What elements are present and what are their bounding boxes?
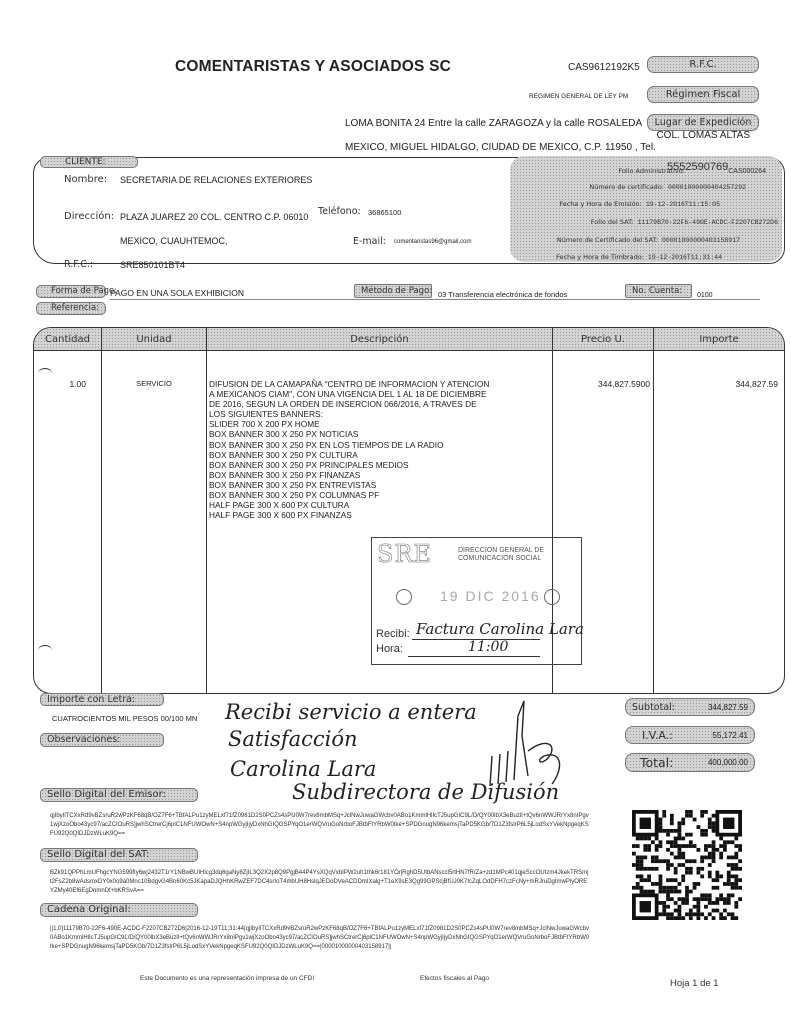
issuer-rfc-label: R.F.C. xyxy=(647,56,759,73)
subtotal-box: Subtotal: 344,827.59 xyxy=(625,698,755,716)
subtotal-label: Subtotal: xyxy=(632,702,675,713)
original-chain-label: Cadena Original: xyxy=(40,903,198,917)
signature-icon xyxy=(478,696,568,792)
sat-seal: BZk91QPPhLmUFhgcYNG599fIy6wj2432T1rY1NBw… xyxy=(50,869,590,896)
cert-number: 00001000000404257292 xyxy=(668,184,746,191)
description-line: DIFUSION DE LA CAMAPAÑA "CENTRO DE INFOR… xyxy=(209,379,549,389)
payment-form: PAGO EN UNA SOLA EXHIBICION xyxy=(110,288,244,298)
cert-number-label: Número de certificado: xyxy=(589,183,664,191)
payment-form-label: Forma de Pago: xyxy=(36,285,106,298)
item-unit: SERVICIO xyxy=(102,379,206,388)
stamp-dept-line2: COMUNICACION SOCIAL xyxy=(458,555,544,563)
description-line: HALF PAGE 300 X 600 PX CULTURA xyxy=(209,500,549,510)
issuer-address-line2: COL. LOMAS ALTAS xyxy=(550,130,750,141)
item-unit-price: 344,827.5900 xyxy=(553,379,650,389)
stamp-logo: SRE xyxy=(377,540,432,568)
observations-label: Observaciones: xyxy=(40,733,164,747)
invoice-metadata-box: Folio Administrativo: 5552590769CAS00026… xyxy=(510,156,782,262)
iva-label: I.V.A.: xyxy=(632,729,673,742)
item-description: DIFUSION DE LA CAMAPAÑA "CENTRO DE INFOR… xyxy=(209,379,549,520)
emission-label: Fecha y Hora de Emisión: xyxy=(559,200,642,208)
col-header-unit: Unidad xyxy=(102,328,206,351)
col-header-quantity: Cantidad xyxy=(34,328,101,351)
footer-tax-effects: Efectos fiscales al Pago xyxy=(420,975,489,982)
sat-folio-label: Folio del SAT: xyxy=(591,218,634,226)
stamp-received-label: Recibi: xyxy=(376,628,410,640)
client-section-label: CLIENTE: xyxy=(40,156,138,168)
client-email[interactable]: comentaristas96@gmail.com xyxy=(394,239,471,245)
description-line: HALF PAGE 300 X 600 PX FINANZAS xyxy=(209,510,549,520)
emitter-seal-label: Sello Digital del Emisor: xyxy=(40,788,198,802)
issuer-rfc-value: CAS9612192K5 xyxy=(568,62,640,73)
description-line: BOX BANNER 300 X 250 PX PRINCIPALES MEDI… xyxy=(209,460,549,470)
sat-cert-label: Número de Certificado del SAT: xyxy=(557,236,658,244)
payment-method-label: Método de Pago: xyxy=(354,284,432,298)
handwritten-note-line3: Carolina Lara xyxy=(230,757,376,781)
description-line: A MEXICANOS CIAM", CON UNA VIGENCIA DEL … xyxy=(209,389,549,399)
client-rfc: SRE850101BT4 xyxy=(120,260,185,270)
original-chain: ||1.0|11179B70-22F6-490E-ACDC-F2207CB272… xyxy=(50,925,590,952)
handwritten-note-line2: Satisfacción xyxy=(228,727,358,751)
stamp-date: 19 DIC 2016 xyxy=(440,588,541,604)
total-value: 400,000.00 xyxy=(708,758,748,767)
issuer-regime-label: Régimen Fiscal xyxy=(647,86,759,103)
client-address-label: Dirección: xyxy=(64,211,114,222)
stamp-department: DIRECCION GENERAL DE COMUNICACION SOCIAL xyxy=(458,547,544,563)
col-header-description: Descripción xyxy=(207,328,552,351)
client-name-label: Nombre: xyxy=(64,174,107,185)
item-amount: 344,827.59 xyxy=(654,379,778,389)
sat-cert: 00001000000403158917 xyxy=(662,237,740,244)
amount-in-words-label: Importe con Letra: xyxy=(40,693,164,706)
client-email-label: E-mail: xyxy=(353,236,386,247)
client-address-line1: PLAZA JUAREZ 20 COL. CENTRO C.P. 06010 xyxy=(120,212,308,222)
reception-stamp: SRE DIRECCION GENERAL DE COMUNICACION SO… xyxy=(371,537,582,665)
qr-code-icon xyxy=(632,810,742,920)
sat-seal-label: Sello Digital del SAT: xyxy=(40,848,198,862)
footer-page-number: Hoja 1 de 1 xyxy=(670,978,719,989)
account-number: 0100 xyxy=(697,292,713,299)
description-line: SLIDER 700 X 200 PX HOME xyxy=(209,419,549,429)
stamp-dept-line1: DIRECCION GENERAL DE xyxy=(458,547,544,555)
emission-date: 19-12-2016T11:15:05 xyxy=(646,201,720,208)
folio-admin-suffix: CAS000264 xyxy=(728,168,766,175)
footer-disclaimer: Este Documento es una representación imp… xyxy=(140,975,314,982)
iva-value: 55,172.41 xyxy=(712,731,748,740)
description-line: BOX BANNER 300 X 250 PX NOTICIAS xyxy=(209,429,549,439)
description-line: DE 2016, SEGUN LA ORDEN DE INSERCION 066… xyxy=(209,399,549,409)
payment-divider xyxy=(110,299,760,300)
client-name: SECRETARIA DE RELACIONES EXTERIORES xyxy=(120,175,312,185)
description-line: BOX BANNER 300 X 250 PX COLUMNAS PF xyxy=(209,490,549,500)
folio-admin-value: 5552590769 xyxy=(667,161,728,173)
client-rfc-label: R.F.C.: xyxy=(64,259,93,270)
payment-method: 03 Transferencia electrónica de fondos xyxy=(438,290,567,299)
stamp-date: 19-12-2016T11:31:44 xyxy=(648,254,722,261)
description-line: BOX BANNER 300 X 250 PX FINANZAS xyxy=(209,470,549,480)
description-line: LOS SIGUIENTES BANNERS: xyxy=(209,409,549,419)
stamp-time-handwritten: 11:00 xyxy=(468,639,508,655)
handwritten-note-line1: Recibi servicio a entera xyxy=(225,700,477,724)
issuer-address-line3: MEXICO, MIGUEL HIDALGO, CIUDAD DE MEXICO… xyxy=(345,142,656,153)
total-box: Total: 400,000.00 xyxy=(625,753,755,772)
col-header-amount: Importe xyxy=(654,328,784,351)
stamp-received-handwritten: Factura Carolina Lara xyxy=(416,620,584,638)
iva-box: I.V.A.: 55,172.41 xyxy=(625,726,755,744)
client-phone-label: Teléfono: xyxy=(318,206,361,217)
sat-folio: 11179B70-22F6-490E-ACDC-F2207CB272D6 xyxy=(638,219,778,226)
stamp-seal-icon xyxy=(396,589,412,605)
issuer-name: COMENTARISTAS Y ASOCIADOS SC xyxy=(175,58,451,76)
emitter-seal: qjIbyIlTCXxRd9vBZsruR2wPzKF68qB/OZ7F6+TB… xyxy=(50,812,590,839)
stamp-time-label: Hora: xyxy=(376,643,403,655)
col-header-unit-price: Precio U. xyxy=(553,328,653,351)
stamp-seal-icon xyxy=(544,589,560,605)
issuer-regime-value: REGIMEN GENERAL DE LEY PM xyxy=(529,93,628,100)
client-phone: 36865100 xyxy=(368,208,401,217)
account-label: No. Cuenta: xyxy=(625,284,692,298)
amount-in-words: CUATROCIENTOS MIL PESOS 00/100 MN xyxy=(52,714,197,723)
issuer-place-label: Lugar de Expedición xyxy=(647,114,759,131)
punch-hole-mark xyxy=(38,645,52,656)
punch-hole-mark xyxy=(38,368,52,379)
description-line: BOX BANNER 300 X 250 PX EN LOS TIEMPOS D… xyxy=(209,440,549,450)
reference-label: Referencia: xyxy=(36,302,106,315)
issuer-address-line1: LOMA BONITA 24 Entre la calle ZARAGOZA y… xyxy=(345,118,642,129)
description-line: BOX BANNER 300 X 250 PX ENTREVISTAS xyxy=(209,480,549,490)
total-label: Total: xyxy=(632,755,673,770)
item-quantity: 1.00 xyxy=(34,379,86,389)
description-line: BOX BANNER 300 X 250 PX CULTURA xyxy=(209,450,549,460)
subtotal-value: 344,827.59 xyxy=(708,703,748,712)
client-address-line2: MEXICO, CUAUHTEMOC, xyxy=(120,236,228,246)
stamp-date-label: Fecha y Hora de Timbrado: xyxy=(556,253,644,261)
